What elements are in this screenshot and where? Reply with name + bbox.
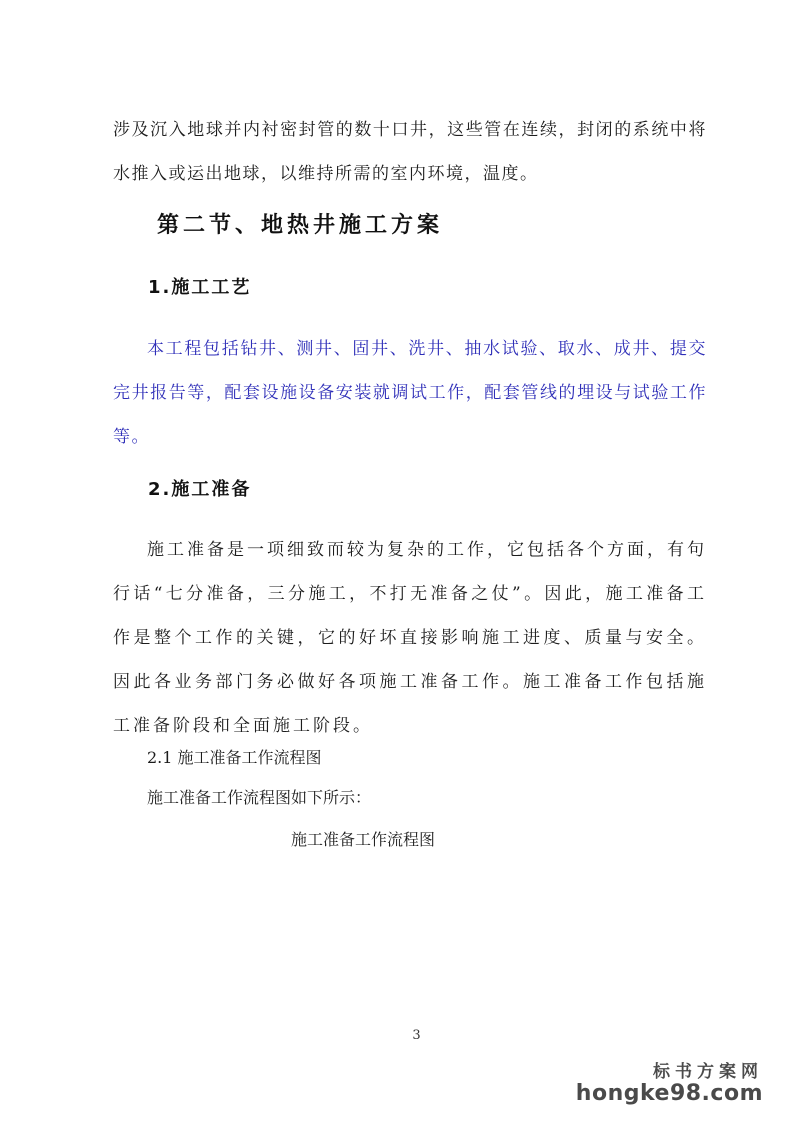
subsection-1-heading: 1.施工工艺 bbox=[148, 276, 251, 300]
section-heading: 第二节、地热井施工方案 bbox=[157, 211, 443, 241]
watermark-site-name: 标书方案网 bbox=[576, 1062, 763, 1082]
subsection-2-heading: 2.施工准备 bbox=[148, 478, 251, 502]
flowchart-intro-line: 施工准备工作流程图如下所示： bbox=[147, 787, 371, 809]
watermark-site-url: hongke98.com bbox=[576, 1082, 763, 1106]
subsection-2-1-heading: 2.1 施工准备工作流程图 bbox=[147, 747, 322, 769]
page-number: 3 bbox=[0, 1027, 793, 1045]
flowchart-caption: 施工准备工作流程图 bbox=[291, 829, 435, 851]
document-page: 涉及沉入地球并内衬密封管的数十口井，这些管在连续，封闭的系统中将水推入或运出地球… bbox=[0, 0, 793, 1122]
preparation-paragraph: 施工准备是一项细致而较为复杂的工作，它包括各个方面，有句行话“七分准备，三分施工… bbox=[113, 528, 707, 748]
process-scope-paragraph: 本工程包括钻井、测井、固井、洗井、抽水试验、取水、成井、提交完井报告等，配套设施… bbox=[113, 327, 707, 459]
intro-paragraph: 涉及沉入地球并内衬密封管的数十口井，这些管在连续，封闭的系统中将水推入或运出地球… bbox=[113, 108, 707, 196]
watermark: 标书方案网 hongke98.com bbox=[576, 1062, 763, 1106]
